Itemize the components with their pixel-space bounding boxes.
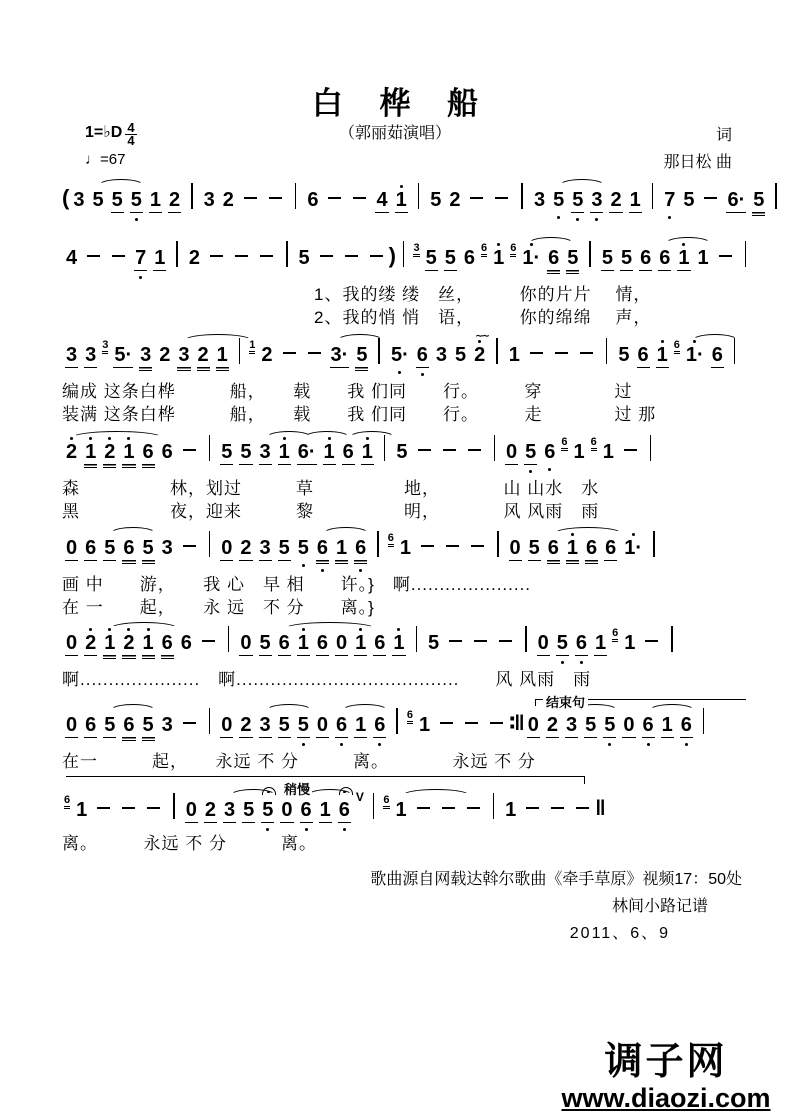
jianpu-note: 1 — [504, 788, 517, 830]
jianpu-note: 6 — [642, 703, 655, 747]
jianpu-note: 1 — [677, 236, 690, 280]
octave-dot-above — [571, 533, 574, 536]
barline — [606, 338, 608, 364]
jianpu-note: 3 — [177, 333, 190, 380]
octave-dot-above — [89, 437, 92, 440]
notation-row: 3335·32321123·55·6352∼∼156161·6 — [62, 333, 768, 380]
jianpu-note: 5 — [220, 430, 233, 474]
grace-note: 6 — [481, 243, 487, 257]
barline — [286, 241, 288, 267]
barline — [209, 435, 211, 461]
jianpu-note: 6 — [658, 236, 671, 280]
duration-dash — [580, 352, 593, 354]
jianpu-note: 0 — [335, 621, 348, 665]
jianpu-note: 6 — [306, 178, 319, 220]
octave-dot-below — [139, 276, 142, 279]
barline — [228, 626, 230, 652]
jianpu-note: 2∼∼ — [473, 333, 486, 375]
octave-dot-above — [400, 185, 403, 188]
jianpu-note: 1· — [685, 333, 705, 375]
jianpu-note: 3 — [203, 178, 216, 220]
barline — [494, 435, 496, 461]
ending-phrase-label: 结束句 — [543, 692, 588, 711]
barline — [589, 241, 591, 267]
song-title: 白 桦 船 — [0, 78, 790, 123]
parenthesis: ) — [389, 243, 396, 268]
jianpu-note: 1 — [354, 621, 367, 665]
transcriber-note: 林间小路记谱 — [370, 893, 742, 920]
time-signature: 44 — [125, 122, 136, 147]
notation-row: 06565302355616610561661· — [62, 526, 768, 573]
duration-dash — [183, 722, 196, 724]
jianpu-note: 6 — [316, 621, 329, 665]
jianpu-note: 1 — [573, 430, 586, 472]
octave-dot-above — [328, 437, 331, 440]
duration-dash — [645, 640, 658, 642]
credits: 词 那日松 曲 — [664, 122, 732, 176]
octave-dot-below — [340, 743, 343, 746]
score-system-8: 61023550616V611‖离。 永远 不 分 离。 — [62, 788, 768, 855]
jianpu-note: 2 — [103, 430, 116, 477]
jianpu-note: 2 — [65, 430, 78, 472]
jianpu-note: 2 — [168, 178, 181, 222]
octave-dot-above — [127, 628, 130, 631]
jianpu-note: 5 — [425, 236, 438, 280]
grace-note: 6 — [388, 533, 394, 547]
jianpu-note: 1 — [354, 703, 367, 747]
jianpu-note: 7 — [663, 178, 676, 220]
duration-dash — [417, 807, 430, 809]
jianpu-note: 5 — [556, 621, 569, 665]
jianpu-note: 5 — [142, 526, 155, 573]
duration-dash — [474, 640, 487, 642]
lyric-line: 2、我的悄 悄 语， 你的绵绵 声， — [62, 307, 768, 329]
jianpu-note: 2 — [448, 178, 461, 220]
jianpu-note: 6 — [338, 788, 351, 832]
octave-dot-below — [378, 743, 381, 746]
jianpu-note: 6 — [84, 703, 97, 747]
notation-row: 06565302355061661∶‖023550616 — [62, 703, 768, 750]
octave-dot-above — [283, 437, 286, 440]
octave-dot-below — [135, 218, 138, 221]
jianpu-note: 1 — [399, 526, 412, 568]
jianpu-note: 5 — [524, 430, 537, 474]
octave-dot-below — [561, 661, 564, 664]
barline — [173, 793, 175, 819]
jianpu-note: 1 — [594, 621, 607, 665]
duration-dash — [122, 807, 135, 809]
lyric-line: 啊..................... 啊................… — [62, 669, 768, 691]
tempo-marking: ♩=67 — [85, 151, 125, 168]
lyric-line: 装满 这条白桦 船， 载 我 们同 行。 走 过 那 — [62, 404, 768, 426]
score-system-6: 02121660561601615056161啊................… — [62, 621, 768, 691]
jianpu-note: 1 — [103, 621, 116, 668]
duration-dash — [210, 255, 223, 257]
octave-dot-above — [397, 628, 400, 631]
footer-notes: 歌曲源自网载达斡尔歌曲《牵手草原》视频17：50处 林间小路记谱 2011、6、… — [370, 866, 742, 947]
duration-dash — [183, 545, 196, 547]
octave-dot-below — [647, 743, 650, 746]
jianpu-note: 5 — [111, 178, 124, 222]
jianpu-note: 6 — [416, 333, 429, 377]
source-note: 歌曲源自网载达斡尔歌曲《牵手草原》视频17：50处 — [370, 866, 742, 893]
duration-dash — [442, 807, 455, 809]
octave-dot-above — [127, 437, 130, 440]
composer-credit: 那日松 曲 — [664, 149, 732, 176]
jianpu-note: 5 — [571, 178, 584, 222]
jianpu-note: 6 — [278, 621, 291, 665]
duration-dash — [624, 449, 637, 451]
jianpu-note: 6 — [342, 430, 355, 474]
barline — [396, 708, 398, 734]
notation-row: 61023550616V611‖ — [62, 788, 768, 832]
jianpu-note: 6 — [161, 621, 174, 668]
jianpu-note: 0 — [537, 621, 550, 665]
date-note: 2011、6、9 — [370, 920, 742, 947]
duration-dash — [704, 197, 717, 199]
lyricist-credit: 词 — [664, 122, 732, 149]
jianpu-note: 1 — [623, 621, 636, 663]
duration-dash — [490, 722, 503, 724]
jianpu-note: 0 — [65, 621, 78, 665]
jianpu-note: 5 — [298, 236, 311, 278]
score-system-1: (3555123264152355321756·5 — [62, 178, 768, 225]
jianpu-note: 0 — [527, 703, 540, 747]
duration-dash — [235, 255, 248, 257]
duration-dash — [320, 255, 333, 257]
duration-dash — [147, 807, 160, 809]
jianpu-note: 2 — [122, 621, 135, 668]
octave-dot-below — [343, 828, 346, 831]
jianpu-note: 1 — [492, 236, 505, 278]
barline — [373, 793, 375, 819]
jianpu-note: 1 — [395, 788, 408, 830]
grace-note: 6 — [407, 710, 413, 724]
barline — [652, 183, 654, 209]
duration-dash — [530, 352, 543, 354]
duration-dash — [328, 197, 341, 199]
jianpu-note: 3 — [259, 703, 272, 747]
jianpu-note: 5 — [278, 526, 291, 570]
jianpu-note: 3 — [259, 430, 272, 474]
barline — [703, 708, 705, 734]
grace-note: 6 — [561, 437, 567, 451]
jianpu-note: 0 — [316, 703, 329, 747]
jianpu-note: 0 — [509, 526, 522, 570]
jianpu-note: 5 — [103, 703, 116, 747]
duration-dash — [97, 807, 110, 809]
jianpu-note: 5 — [566, 236, 579, 283]
duration-dash — [551, 807, 564, 809]
tempo-change-label: 稍慢 — [282, 779, 312, 798]
jianpu-note: 3 — [533, 178, 546, 220]
barline — [176, 241, 178, 267]
barline — [745, 241, 747, 267]
jianpu-note: 2 — [84, 621, 97, 665]
duration-dash — [421, 545, 434, 547]
jianpu-note: 1 — [153, 236, 166, 280]
jianpu-note: 6 — [711, 333, 724, 377]
duration-dash — [440, 722, 453, 724]
grace-note: 6 — [591, 437, 597, 451]
jianpu-note: 1 — [75, 788, 88, 830]
octave-dot-below — [608, 743, 611, 746]
barline — [209, 531, 211, 557]
duration-dash — [283, 352, 296, 354]
duration-dash — [202, 640, 215, 642]
grace-note: 6 — [64, 795, 70, 809]
jianpu-note: 3 — [161, 703, 174, 745]
lyric-line: 森 林，划过 草 地， 山 山水 水 — [62, 478, 768, 500]
octave-dot-below — [302, 743, 305, 746]
duration-dash — [183, 449, 196, 451]
octave-dot-above — [359, 628, 362, 631]
site-logo: 调子网 www.diaozi.com — [546, 1041, 786, 1113]
jianpu-note: 6 — [463, 236, 476, 278]
barline — [496, 338, 498, 364]
jianpu-note: 6 — [161, 430, 174, 472]
jianpu-note: 5 — [620, 236, 633, 280]
notation-row: 02121660561601615056161 — [62, 621, 768, 668]
lyric-line: 编成 这条白桦 船， 载 我 们同 行。 穿 过 — [62, 381, 768, 403]
octave-dot-below — [321, 569, 324, 572]
jianpu-note: 5 — [603, 703, 616, 747]
fermata — [262, 787, 276, 795]
jianpu-note: 1 — [122, 430, 135, 477]
octave-dot-below — [548, 468, 551, 471]
barline — [650, 435, 652, 461]
octave-dot-below — [580, 661, 583, 664]
jianpu-note: 6 — [354, 526, 367, 573]
barline — [671, 626, 673, 652]
jianpu-note: 1 — [392, 621, 405, 665]
jianpu-note: 1 — [216, 333, 229, 380]
jianpu-note: 6 — [373, 621, 386, 665]
jianpu-note: 5 — [752, 178, 765, 225]
duration-dash — [112, 255, 125, 257]
lyric-line: 1、我的缕 缕 丝， 你的片片 情， — [62, 284, 768, 306]
jianpu-note: 6 — [575, 621, 588, 665]
score-system-5: 06565302355616610561661·画 中 游， 我 心 早 相 许… — [62, 526, 768, 619]
octave-dot-below — [359, 569, 362, 572]
octave-dot-above — [89, 628, 92, 631]
jianpu-note: 5 — [239, 430, 252, 474]
jianpu-note: 5 — [242, 788, 255, 832]
final-barline: ‖ — [595, 797, 604, 820]
grace-note: 6 — [383, 795, 389, 809]
jianpu-note: 3 — [223, 788, 236, 832]
grace-note: 6 — [510, 243, 516, 257]
duration-dash — [495, 197, 508, 199]
jianpu-note: 0 — [505, 430, 518, 474]
jianpu-note: 1 — [297, 621, 310, 665]
lyric-line: 黑 夜，迎来 黎 明， 风 风雨 雨 — [62, 501, 768, 523]
jianpu-note: 2 — [609, 178, 622, 222]
jianpu-note: 6 — [639, 236, 652, 280]
octave-dot-below — [557, 216, 560, 219]
grace-note: 3 — [102, 340, 108, 354]
jianpu-note: 5 — [395, 430, 408, 472]
octave-dot-below — [529, 470, 532, 473]
jianpu-note: 6 — [122, 526, 135, 573]
grace-note: 6 — [674, 340, 680, 354]
jianpu-note: 0 — [185, 788, 198, 832]
fermata — [339, 787, 353, 795]
duration-dash — [244, 197, 257, 199]
lyric-line: 在 一 起， 永 远 不 分 离。} — [62, 597, 768, 619]
jianpu-note: 5 — [130, 178, 143, 222]
jianpu-note: 1 — [335, 526, 348, 573]
octave-dot-above — [147, 628, 150, 631]
lyric-line: 离。 永远 不 分 离。 — [62, 833, 768, 855]
jianpu-note: 1 — [602, 430, 615, 472]
jianpu-note: 0 — [239, 621, 252, 665]
duration-dash — [345, 255, 358, 257]
jianpu-note: 3 — [259, 526, 272, 570]
jianpu-note: 5 — [444, 236, 457, 280]
jianpu-note: 6 — [180, 621, 193, 663]
octave-dot-below — [305, 828, 308, 831]
jianpu-note: 4 — [65, 236, 78, 278]
octave-dot-above — [497, 243, 500, 246]
duration-dash — [260, 255, 273, 257]
jianpu-note: 1 — [697, 236, 710, 278]
grace-note: 3 — [413, 243, 419, 257]
jianpu-note: 3 — [590, 178, 603, 222]
barline — [525, 626, 527, 652]
jianpu-note: 5 — [103, 526, 116, 570]
duration-dash — [269, 197, 282, 199]
lyric-line: 画 中 游， 我 心 早 相 许。} 啊....................… — [62, 574, 768, 596]
jianpu-note: 6 — [122, 703, 135, 750]
jianpu-note: 1· — [623, 526, 643, 568]
duration-dash — [465, 722, 478, 724]
barline — [653, 531, 655, 557]
jianpu-note: 2 — [204, 788, 217, 832]
jianpu-note: 5 — [429, 178, 442, 220]
slur-arc — [402, 789, 470, 802]
jianpu-note: 5 — [552, 178, 565, 220]
barline — [416, 626, 418, 652]
jianpu-note: 5 — [297, 526, 310, 568]
jianpu-note: 0 — [65, 526, 78, 570]
notation-row: (3555123264152355321756·5 — [62, 178, 768, 225]
barline — [418, 183, 420, 209]
jianpu-note: 1 — [142, 621, 155, 668]
duration-dash — [467, 807, 480, 809]
jianpu-note: 6 — [316, 526, 329, 573]
notation-row: 47125)35566161·65556611 — [62, 236, 768, 283]
octave-dot-below — [398, 371, 401, 374]
jianpu-note: 2 — [197, 333, 210, 380]
jianpu-note: 5 — [297, 703, 310, 747]
jianpu-note: 2 — [158, 333, 171, 375]
octave-dot-above — [632, 533, 635, 536]
barline — [403, 241, 405, 267]
barline — [775, 183, 777, 209]
duration-dash — [499, 640, 512, 642]
octave-dot-above — [366, 437, 369, 440]
duration-dash — [370, 255, 383, 257]
jianpu-note: 1 — [661, 703, 674, 747]
octave-dot-below — [302, 564, 305, 567]
jianpu-note: 3 — [72, 178, 85, 220]
jianpu-note: 1· — [521, 236, 541, 278]
jianpu-note: 5 — [454, 333, 467, 375]
site-logo-name: 调子网 — [546, 1041, 786, 1083]
jianpu-note: 2 — [239, 703, 252, 747]
duration-dash — [308, 352, 321, 354]
jianpu-note: 1 — [656, 333, 669, 377]
jianpu-note: 1 — [629, 178, 642, 222]
jianpu-note: 0 — [65, 703, 78, 747]
jianpu-note: 6 — [604, 526, 617, 570]
jianpu-note: 5 — [355, 333, 368, 380]
octave-dot-above — [302, 628, 305, 631]
jianpu-note: 5 — [601, 236, 614, 280]
jianpu-note: 5 — [528, 526, 541, 570]
octave-dot-below — [421, 373, 424, 376]
score-system-2: 47125)35566161·65556611 1、我的缕 缕 丝， 你的片片 … — [62, 236, 768, 329]
octave-dot-below — [595, 218, 598, 221]
jianpu-note: 1 — [508, 333, 521, 375]
barline — [521, 183, 523, 209]
octave-dot-above — [108, 437, 111, 440]
jianpu-note: 5 — [91, 178, 104, 220]
jianpu-note: 1 — [395, 178, 408, 222]
duration-dash — [449, 640, 462, 642]
score-system-4: 21216655316·16150566161森 林，划过 草 地， 山 山水 … — [62, 430, 768, 523]
jianpu-note: 6 — [637, 333, 650, 377]
jianpu-note: 1 — [566, 526, 579, 573]
duration-dash — [443, 449, 456, 451]
barline — [377, 531, 379, 557]
jianpu-note: 6 — [680, 703, 693, 747]
jianpu-note: 1 — [361, 430, 374, 474]
barline — [209, 708, 211, 734]
jianpu-note: 6 — [585, 526, 598, 573]
octave-dot-above — [682, 243, 685, 246]
duration-dash — [576, 807, 589, 809]
breath-mark: V — [356, 790, 364, 804]
jianpu-note: 2 — [260, 333, 273, 375]
ending-bracket-continuation — [66, 776, 585, 784]
jianpu-note: 3· — [330, 333, 350, 377]
barline — [295, 183, 297, 209]
duration-dash — [471, 545, 484, 547]
jianpu-note: 5 — [617, 333, 630, 375]
jianpu-note: 6· — [297, 430, 317, 474]
score-system-7: 06565302355061661∶‖023550616在一 起， 永远 不 分… — [62, 703, 768, 773]
duration-dash — [526, 807, 539, 809]
jianpu-note: 5· — [113, 333, 133, 377]
notation-row: 21216655316·16150566161 — [62, 430, 768, 477]
lyric-line: 在一 起， 永远 不 分 离。 永远 不 分 — [62, 751, 768, 773]
jianpu-note: 6 — [373, 703, 386, 747]
duration-dash — [555, 352, 568, 354]
jianpu-note: 3 — [435, 333, 448, 375]
duration-dash — [719, 255, 732, 257]
duration-dash — [446, 545, 459, 547]
jianpu-note: 6 — [335, 703, 348, 747]
jianpu-note: 0 — [220, 526, 233, 570]
score-system-3: 3335·32321123·55·6352∼∼156161·6编成 这条白桦 船… — [62, 333, 768, 426]
jianpu-note: 6 — [547, 236, 560, 283]
jianpu-note: 6 — [142, 430, 155, 477]
jianpu-note: 6 — [547, 526, 560, 573]
jianpu-note: 6 — [84, 526, 97, 570]
jianpu-note: 5 — [261, 788, 274, 832]
